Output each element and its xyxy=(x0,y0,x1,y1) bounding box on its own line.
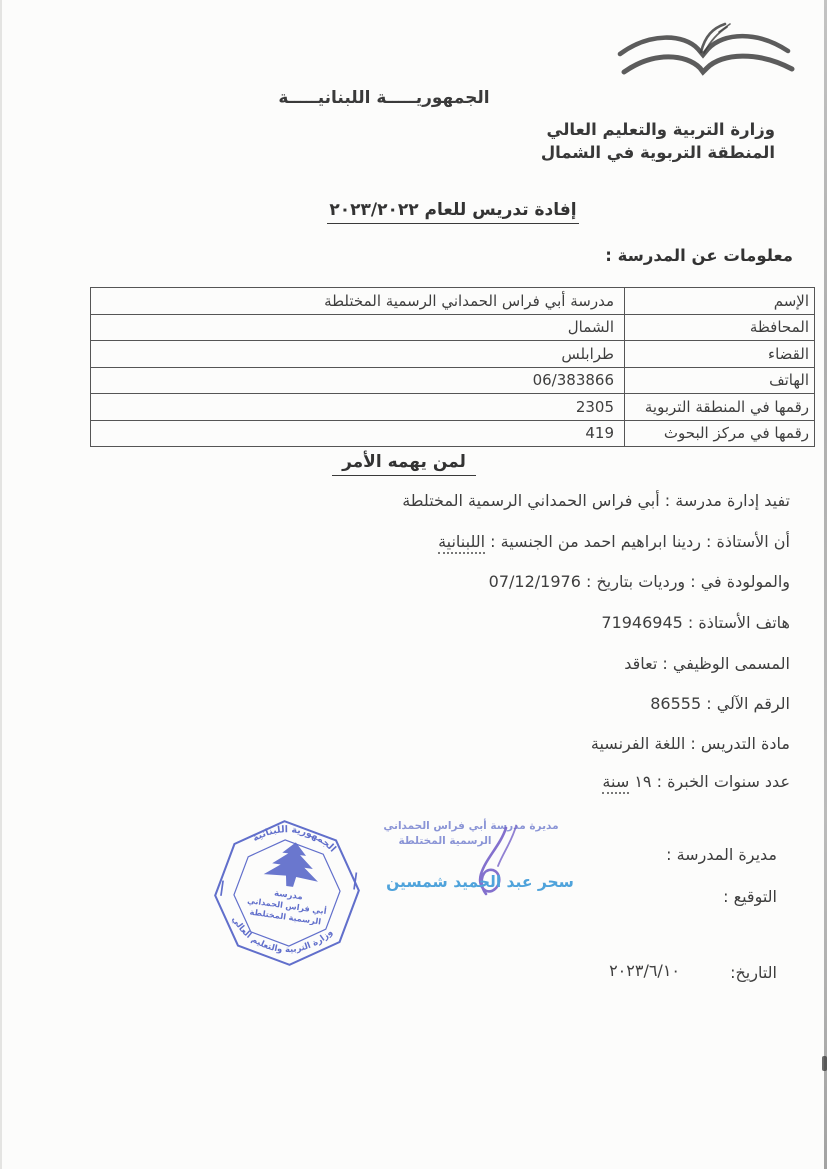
row-value: 419 xyxy=(91,420,625,447)
row-label: رقمها في مركز البحوث xyxy=(625,420,815,447)
experience-unit: سنة xyxy=(602,772,629,794)
school-info-table: الإسم مدرسة أبي فراس الحمداني الرسمية ال… xyxy=(90,287,815,447)
ministry-open-book-quill-icon xyxy=(612,22,802,90)
letter-line-phone: هاتف الأستاذة : 71946945 xyxy=(601,613,790,632)
scan-edge-left xyxy=(0,0,2,1169)
row-label: رقمها في المنطقة التربوية xyxy=(625,394,815,421)
row-label: القضاء xyxy=(625,341,815,368)
ministry-header: وزارة التربية والتعليم العالي المنطقة ال… xyxy=(541,119,775,164)
table-row: الإسم مدرسة أبي فراس الحمداني الرسمية ال… xyxy=(91,288,815,315)
region-line: المنطقة التربوية في الشمال xyxy=(541,142,775,165)
principal-label: مديرة المدرسة : xyxy=(666,845,777,864)
row-label: المحافظة xyxy=(625,314,815,341)
row-value: 2305 xyxy=(91,394,625,421)
letter-line-school: تفيد إدارة مدرسة : أبي فراس الحمداني الر… xyxy=(402,491,790,510)
table-row: المحافظة الشمال xyxy=(91,314,815,341)
document-title: إفادة تدريس للعام ٢٠٢٣/٢٠٢٢ xyxy=(286,200,620,220)
date-value: ٢٠٢٣/٦/١٠ xyxy=(609,961,680,980)
table-row: الهاتف 06/383866 xyxy=(91,367,815,394)
letter-line-job-title: المسمى الوظيفي : تعاقد xyxy=(624,654,790,673)
row-value: 06/383866 xyxy=(91,367,625,394)
row-value: الشمال xyxy=(91,314,625,341)
row-label: الإسم xyxy=(625,288,815,315)
nationality-value: اللبنانية xyxy=(438,532,485,554)
letter-line-birth: والمولودة في : ورديات بتاريخ : 07/12/197… xyxy=(489,572,790,591)
handwritten-signature xyxy=(470,824,534,904)
table-row: رقمها في مركز البحوث 419 xyxy=(91,420,815,447)
scanned-teaching-certificate: الجمهوريـــــة اللبنانيـــــة وزارة التر… xyxy=(0,0,827,1169)
letter-line-auto-number: الرقم الآلي : 86555 xyxy=(650,694,790,713)
school-info-section-title: معلومات عن المدرسة : xyxy=(605,246,793,265)
scan-edge-mark xyxy=(822,1056,827,1071)
letter-line-experience: عدد سنوات الخبرة : ١٩ سنة xyxy=(602,772,790,791)
table-row: القضاء طرابلس xyxy=(91,341,815,368)
letter-line-subject: مادة التدريس : اللغة الفرنسية xyxy=(591,734,790,753)
republic-title: الجمهوريـــــة اللبنانيـــــة xyxy=(276,88,492,108)
table-row: رقمها في المنطقة التربوية 2305 xyxy=(91,394,815,421)
signature-label: التوقيع : xyxy=(723,887,777,906)
letter-line-teacher: أن الأستاذة : ردينا ابراهيم احمد من الجن… xyxy=(438,532,790,551)
principal-name: سحر عبد الحميد شمسين xyxy=(386,873,574,891)
ministry-line: وزارة التربية والتعليم العالي xyxy=(541,119,775,142)
official-octagon-stamp: الجمهورية اللبنانية وزارة التربية والتعل… xyxy=(200,803,375,983)
row-label: الهاتف xyxy=(625,367,815,394)
row-value: طرابلس xyxy=(91,341,625,368)
row-value: مدرسة أبي فراس الحمداني الرسمية المختلطة xyxy=(91,288,625,315)
date-label: التاريخ: xyxy=(730,963,777,982)
to-whom-it-may-concern-heading: لمن يهمه الأمر xyxy=(318,452,490,472)
